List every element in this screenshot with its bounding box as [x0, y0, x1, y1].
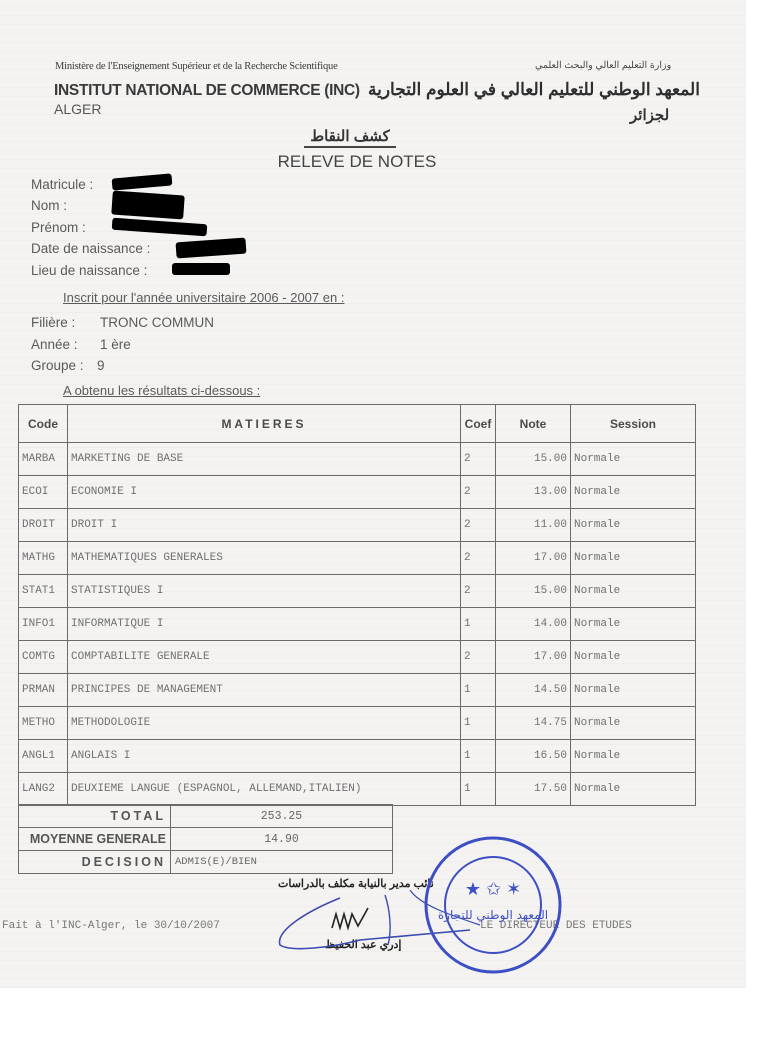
cell-matiere: ANGLAIS I [68, 740, 461, 773]
cell-session: Normale [571, 542, 696, 575]
grade-row: LANG2DEUXIEME LANGUE (ESPAGNOL, ALLEMAND… [19, 773, 696, 806]
cell-note: 16.50 [496, 740, 571, 773]
total-value: 253.25 [171, 805, 393, 828]
signature-title-ar: نائب مدير بالنيابة مكلف بالدراسات [278, 877, 434, 890]
place-date: Fait à l'INC-Alger, le 30/10/2007 [2, 920, 220, 932]
cell-session: Normale [571, 443, 696, 476]
cell-session: Normale [571, 707, 696, 740]
decision-label: DECISION [19, 851, 171, 874]
grades-table: Code MATIERES Coef Note Session MARBAMAR… [18, 404, 696, 806]
grade-row: METHOMETHODOLOGIE114.75Normale [19, 707, 696, 740]
cell-note: 15.00 [496, 575, 571, 608]
annee-label: Année : [31, 337, 78, 352]
annee-value: 1 ère [100, 337, 131, 352]
cell-coef: 2 [461, 443, 496, 476]
filiere-value: TRONC COMMUN [100, 315, 214, 330]
document-title-ar-text: كشف النقاط [304, 128, 396, 148]
cell-note: 14.00 [496, 608, 571, 641]
cell-code: COMTG [19, 641, 68, 674]
grade-row: COMTGCOMPTABILITE GENERALE217.00Normale [19, 641, 696, 674]
groupe-value: 9 [97, 358, 105, 373]
cell-session: Normale [571, 740, 696, 773]
filiere-label: Filière : [31, 315, 75, 330]
grade-row: ECOIECONOMIE I213.00Normale [19, 476, 696, 509]
grade-row: MARBAMARKETING DE BASE215.00Normale [19, 443, 696, 476]
grade-row: STAT1STATISTIQUES I215.00Normale [19, 575, 696, 608]
enrollment-heading: Inscrit pour l'année universitaire 2006 … [63, 290, 344, 305]
col-code: Code [19, 405, 68, 443]
total-label: TOTAL [19, 805, 171, 828]
cell-matiere: PRINCIPES DE MANAGEMENT [68, 674, 461, 707]
cell-coef: 2 [461, 575, 496, 608]
redaction-date-naissance [176, 238, 247, 259]
redaction-prenom [112, 218, 208, 237]
col-coef: Coef [461, 405, 496, 443]
cell-matiere: COMPTABILITE GENERALE [68, 641, 461, 674]
institute-name-fr: INSTITUT NATIONAL DE COMMERCE (INC) [54, 82, 360, 100]
ministry-name-ar: وزارة التعليم العالي والبحث العلمي [535, 60, 671, 71]
grades-header-row: Code MATIERES Coef Note Session [19, 405, 696, 443]
moyenne-label: MOYENNE GENERALE [19, 828, 171, 851]
cell-note: 17.50 [496, 773, 571, 806]
cell-note: 14.75 [496, 707, 571, 740]
city-fr: ALGER [54, 101, 101, 117]
date-naissance-label: Date de naissance : [31, 241, 150, 256]
document-title-ar: كشف النقاط [0, 127, 700, 145]
col-matieres: MATIERES [68, 405, 461, 443]
cell-coef: 2 [461, 641, 496, 674]
grade-row: PRMANPRINCIPES DE MANAGEMENT114.50Normal… [19, 674, 696, 707]
decision-value: ADMIS(E)/BIEN [171, 851, 393, 874]
cell-code: LANG2 [19, 773, 68, 806]
summary-row-total: TOTAL 253.25 [19, 805, 393, 828]
cell-code: DROIT [19, 509, 68, 542]
prenom-label: Prénom : [31, 220, 86, 235]
cell-note: 11.00 [496, 509, 571, 542]
redaction-matricule [112, 173, 173, 190]
city-ar: لجزائر [630, 106, 669, 124]
stamp-stars: ★ ✩ ✶ [465, 879, 521, 899]
summary-table: TOTAL 253.25 MOYENNE GENERALE 14.90 DECI… [18, 804, 393, 874]
cell-code: STAT1 [19, 575, 68, 608]
cell-code: MARBA [19, 443, 68, 476]
cell-code: METHO [19, 707, 68, 740]
cell-code: PRMAN [19, 674, 68, 707]
cell-coef: 1 [461, 773, 496, 806]
results-heading: A obtenu les résultats ci-dessous : [63, 383, 260, 398]
institute-name-ar: المعهد الوطني للتعليم العالي في العلوم ا… [368, 80, 700, 100]
cell-coef: 1 [461, 740, 496, 773]
cell-coef: 1 [461, 608, 496, 641]
cell-session: Normale [571, 773, 696, 806]
cell-session: Normale [571, 476, 696, 509]
col-note: Note [496, 405, 571, 443]
lieu-naissance-label: Lieu de naissance : [31, 263, 147, 278]
cell-matiere: METHODOLOGIE [68, 707, 461, 740]
cell-session: Normale [571, 641, 696, 674]
redaction-lieu-naissance [172, 263, 230, 275]
cell-note: 17.00 [496, 542, 571, 575]
nom-label: Nom : [31, 198, 67, 213]
cell-note: 17.00 [496, 641, 571, 674]
cell-code: INFO1 [19, 608, 68, 641]
grade-row: ANGL1ANGLAIS I116.50Normale [19, 740, 696, 773]
cell-note: 14.50 [496, 674, 571, 707]
cell-coef: 1 [461, 674, 496, 707]
document-title: RELEVE DE NOTES [0, 152, 714, 172]
grade-row: INFO1INFORMATIQUE I114.00Normale [19, 608, 696, 641]
cell-code: MATHG [19, 542, 68, 575]
cell-coef: 2 [461, 476, 496, 509]
matricule-label: Matricule : [31, 177, 93, 192]
grade-row: MATHGMATHEMATIQUES GENERALES217.00Normal… [19, 542, 696, 575]
cell-coef: 1 [461, 707, 496, 740]
cell-coef: 2 [461, 542, 496, 575]
cell-coef: 2 [461, 509, 496, 542]
cell-matiere: DROIT I [68, 509, 461, 542]
cell-session: Normale [571, 575, 696, 608]
summary-row-decision: DECISION ADMIS(E)/BIEN [19, 851, 393, 874]
cell-note: 13.00 [496, 476, 571, 509]
stamp-label: المعهد الوطني للتجارة [438, 908, 548, 923]
cell-note: 15.00 [496, 443, 571, 476]
grade-row: DROITDROIT I211.00Normale [19, 509, 696, 542]
transcript-page: Ministère de l'Enseignement Supérieur et… [0, 0, 746, 988]
ministry-name-fr: Ministère de l'Enseignement Supérieur et… [55, 61, 338, 72]
cell-matiere: INFORMATIQUE I [68, 608, 461, 641]
col-session: Session [571, 405, 696, 443]
groupe-label: Groupe : [31, 358, 84, 373]
cell-session: Normale [571, 674, 696, 707]
cell-session: Normale [571, 509, 696, 542]
cell-matiere: ECONOMIE I [68, 476, 461, 509]
official-stamp: ★ ✩ ✶ المعهد الوطني للتجارة [420, 835, 570, 985]
moyenne-value: 14.90 [171, 828, 393, 851]
cell-matiere: DEUXIEME LANGUE (ESPAGNOL, ALLEMAND,ITAL… [68, 773, 461, 806]
cell-matiere: MATHEMATIQUES GENERALES [68, 542, 461, 575]
cell-code: ANGL1 [19, 740, 68, 773]
cell-matiere: MARKETING DE BASE [68, 443, 461, 476]
cell-matiere: STATISTIQUES I [68, 575, 461, 608]
cell-session: Normale [571, 608, 696, 641]
cell-code: ECOI [19, 476, 68, 509]
summary-row-moyenne: MOYENNE GENERALE 14.90 [19, 828, 393, 851]
redaction-nom [111, 191, 184, 220]
